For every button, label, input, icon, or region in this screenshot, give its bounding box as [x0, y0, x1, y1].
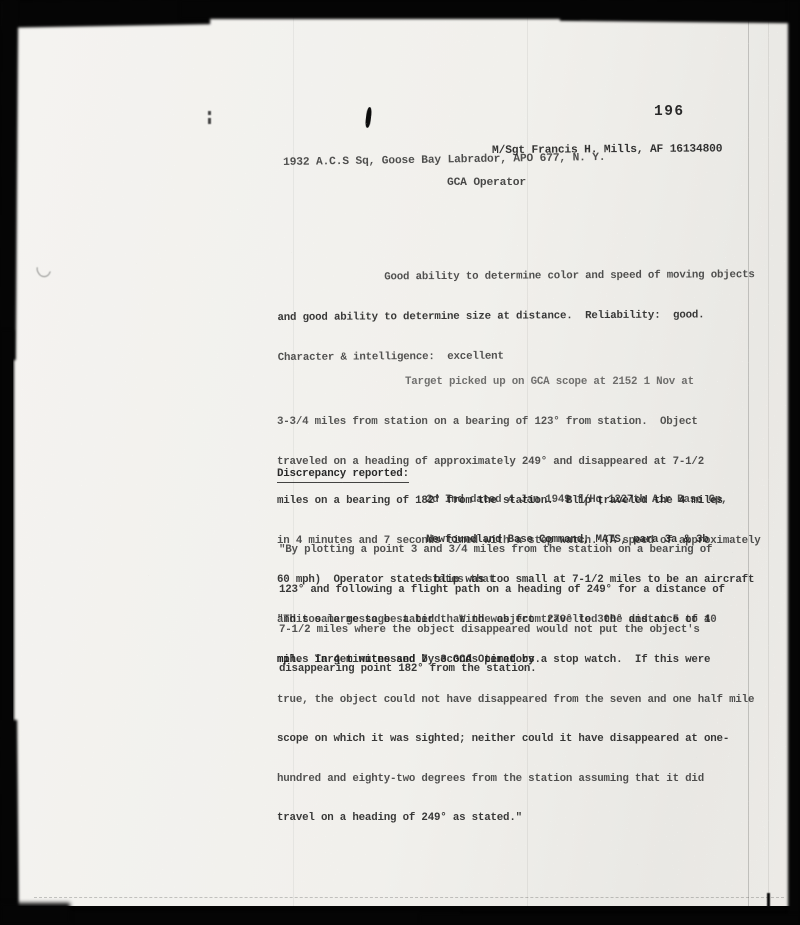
discrepancy-label: Discrepancy reported:: [277, 468, 409, 483]
scan-border-artifact: [0, 0, 210, 28]
header-role-line: GCA Operator: [447, 177, 526, 190]
scan-border-artifact: [560, 0, 800, 23]
scan-border-artifact: [788, 0, 800, 925]
paragraph-line: 2d Ind dated 4 Jan 1949 f/Hq 1227th Air …: [426, 494, 727, 507]
paragraph-line: hundred and eighty-two degrees from the …: [277, 773, 754, 786]
paragraph-line: Good ability to determine color and spee…: [277, 269, 755, 285]
travel-quote-paragraph: "This same message stated that the objec…: [277, 588, 754, 852]
scan-border-artifact: [0, 903, 70, 925]
header-unit-line: 1932 A.C.S Sq, Goose Bay Labrador, APO 6…: [283, 152, 606, 170]
paragraph-line: and good ability to determine size at di…: [277, 309, 755, 325]
scan-border-artifact: [420, 914, 800, 925]
paragraph-line: Target picked up on GCA scope at 2152 1 …: [277, 376, 761, 389]
paragraph-line: travel on a heading of 249° as stated.": [277, 812, 754, 825]
typewritten-text-layer: 196 M/Sgt Francis H. Mills, AF 16134800 …: [0, 0, 800, 925]
scan-border-artifact: [0, 0, 18, 360]
paragraph-line: scope on which it was sighted; neither c…: [277, 733, 754, 746]
page-number: 196: [654, 106, 685, 119]
scan-border-artifact: [180, 0, 580, 19]
paragraph-line: "By plotting a point 3 and 3/4 miles fro…: [279, 544, 725, 557]
scanned-document-page: { "document": { "page_number": "196", "c…: [0, 0, 800, 925]
paragraph-line: miles in 4 minutes and 7 seconds timed b…: [277, 654, 754, 667]
paragraph-line: "This same message stated that the objec…: [277, 614, 754, 627]
paragraph-line: true, the object could not have disappea…: [277, 694, 754, 707]
paragraph-line: 3-3/4 miles from station on a bearing of…: [277, 416, 761, 429]
stray-ink-mark: [208, 111, 211, 124]
scan-border-artifact: [0, 330, 14, 750]
scan-border-artifact: [0, 720, 19, 925]
paragraph-line: traveled on a heading of approximately 2…: [277, 456, 761, 469]
